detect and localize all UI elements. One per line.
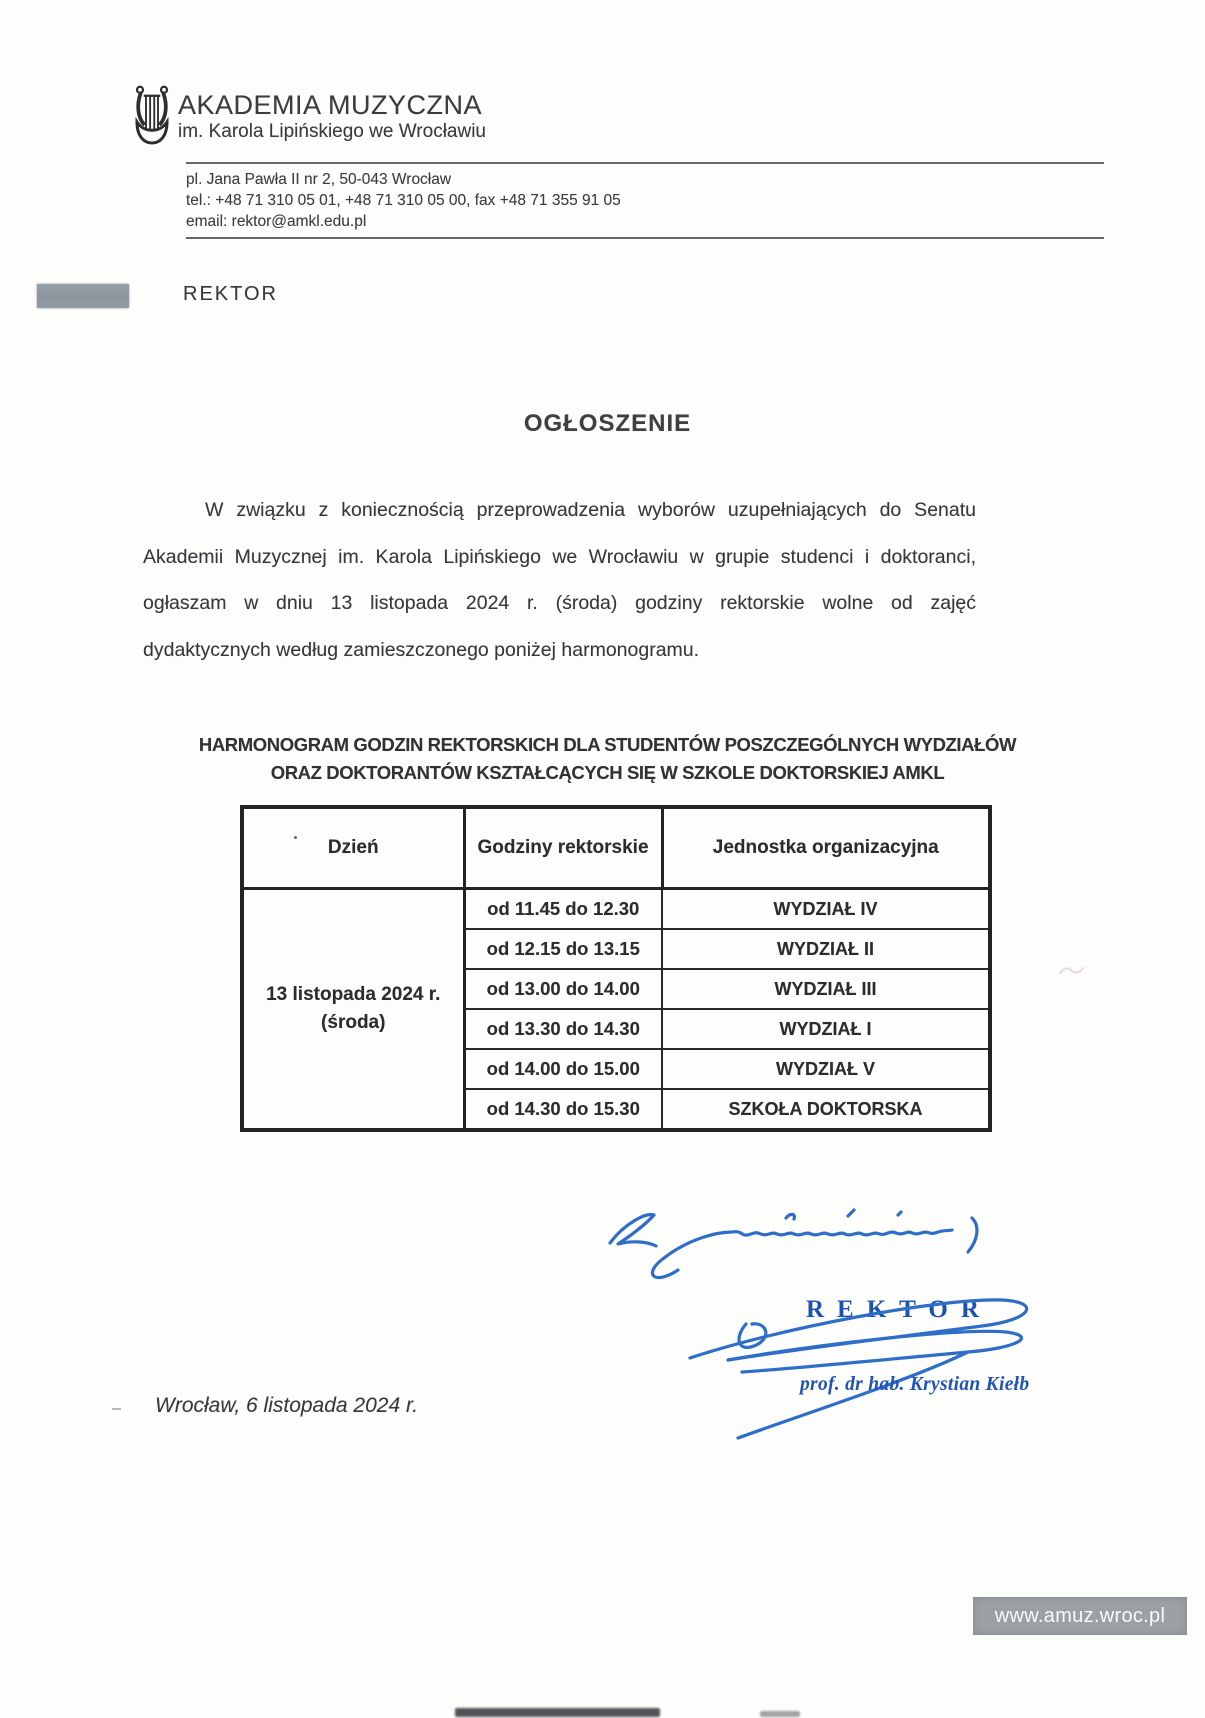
scan-artifact [760, 1711, 800, 1717]
paragraph-line: Akademii Muzycznej im. Karola Lipińskieg… [143, 534, 976, 581]
hours-cell: od 12.15 do 13.15 [464, 929, 662, 969]
redaction-box [37, 284, 129, 308]
address-line: pl. Jana Pawła II nr 2, 50-043 Wrocław [186, 169, 621, 190]
unit-cell: WYDZIAŁ V [662, 1049, 990, 1089]
unit-cell: WYDZIAŁ III [662, 969, 990, 1009]
scan-artifact [455, 1708, 660, 1717]
hours-cell: od 13.00 do 14.00 [464, 969, 662, 1009]
hours-cell: od 13.30 do 14.30 [464, 1009, 662, 1049]
lyre-logo-icon [128, 82, 176, 155]
document-title: OGŁOSZENIE [0, 410, 1205, 438]
scan-artifact [294, 836, 297, 839]
scanned-letter-page: AKADEMIA MUZYCZNA im. Karola Lipińskiego… [0, 0, 1205, 1718]
scan-artifact [1058, 962, 1084, 983]
schedule-heading-line1: HARMONOGRAM GODZIN REKTORSKICH DLA STUDE… [150, 731, 1065, 759]
divider-rule-bottom [186, 237, 1104, 239]
schedule-table: Dzień Godziny rektorskie Jednostka organ… [240, 805, 992, 1132]
column-header-day: Dzień [242, 807, 464, 889]
schedule-heading: HARMONOGRAM GODZIN REKTORSKICH DLA STUDE… [150, 731, 1065, 786]
paragraph-line: ogłaszam w dniu 13 listopada 2024 r. (śr… [143, 580, 976, 627]
paragraph-line: dydaktycznych według zamieszczonego poni… [143, 627, 976, 674]
hours-cell: od 14.30 do 15.30 [464, 1089, 662, 1130]
signature-scribble [650, 1272, 1060, 1457]
table-header-row: Dzień Godziny rektorskie Jednostka organ… [242, 807, 990, 889]
sender-label: REKTOR [183, 283, 278, 306]
column-header-unit: Jednostka organizacyjna [662, 807, 990, 889]
body-paragraph: W związku z koniecznością przeprowadzeni… [143, 487, 976, 673]
date-cell: 13 listopada 2024 r. (środa) [242, 889, 464, 1131]
date-line1: 13 listopada 2024 r. [245, 981, 462, 1009]
column-header-hours: Godziny rektorskie [464, 807, 662, 889]
org-name: AKADEMIA MUZYCZNA [178, 90, 482, 121]
phone-line: tel.: +48 71 310 05 01, +48 71 310 05 00… [186, 190, 621, 211]
hours-cell: od 11.45 do 12.30 [464, 889, 662, 930]
contact-block: pl. Jana Pawła II nr 2, 50-043 Wrocław t… [186, 169, 621, 232]
unit-cell: WYDZIAŁ IV [662, 889, 990, 930]
hours-cell: od 14.00 do 15.00 [464, 1049, 662, 1089]
org-subtitle: im. Karola Lipińskiego we Wrocławiu [178, 121, 486, 143]
table-row: 13 listopada 2024 r. (środa) od 11.45 do… [242, 889, 990, 930]
website-text: www.amuz.wroc.pl [995, 1605, 1165, 1628]
email-line: email: rektor@amkl.edu.pl [186, 211, 621, 232]
divider-rule-top [186, 162, 1104, 164]
date-line2: (środa) [245, 1009, 462, 1037]
signature-name: prof. dr hab. Krystian Kiełb [800, 1374, 1029, 1396]
scan-artifact [112, 1408, 121, 1410]
schedule-heading-line2: ORAZ DOKTORANTÓW KSZTAŁCĄCYCH SIĘ W SZKO… [150, 759, 1065, 787]
website-bar: www.amuz.wroc.pl [973, 1597, 1187, 1635]
unit-cell: WYDZIAŁ I [662, 1009, 990, 1049]
unit-cell: SZKOŁA DOKTORSKA [662, 1089, 990, 1130]
unit-cell: WYDZIAŁ II [662, 929, 990, 969]
place-date: Wrocław, 6 listopada 2024 r. [155, 1394, 418, 1418]
paragraph-line: W związku z koniecznością przeprowadzeni… [143, 487, 976, 534]
